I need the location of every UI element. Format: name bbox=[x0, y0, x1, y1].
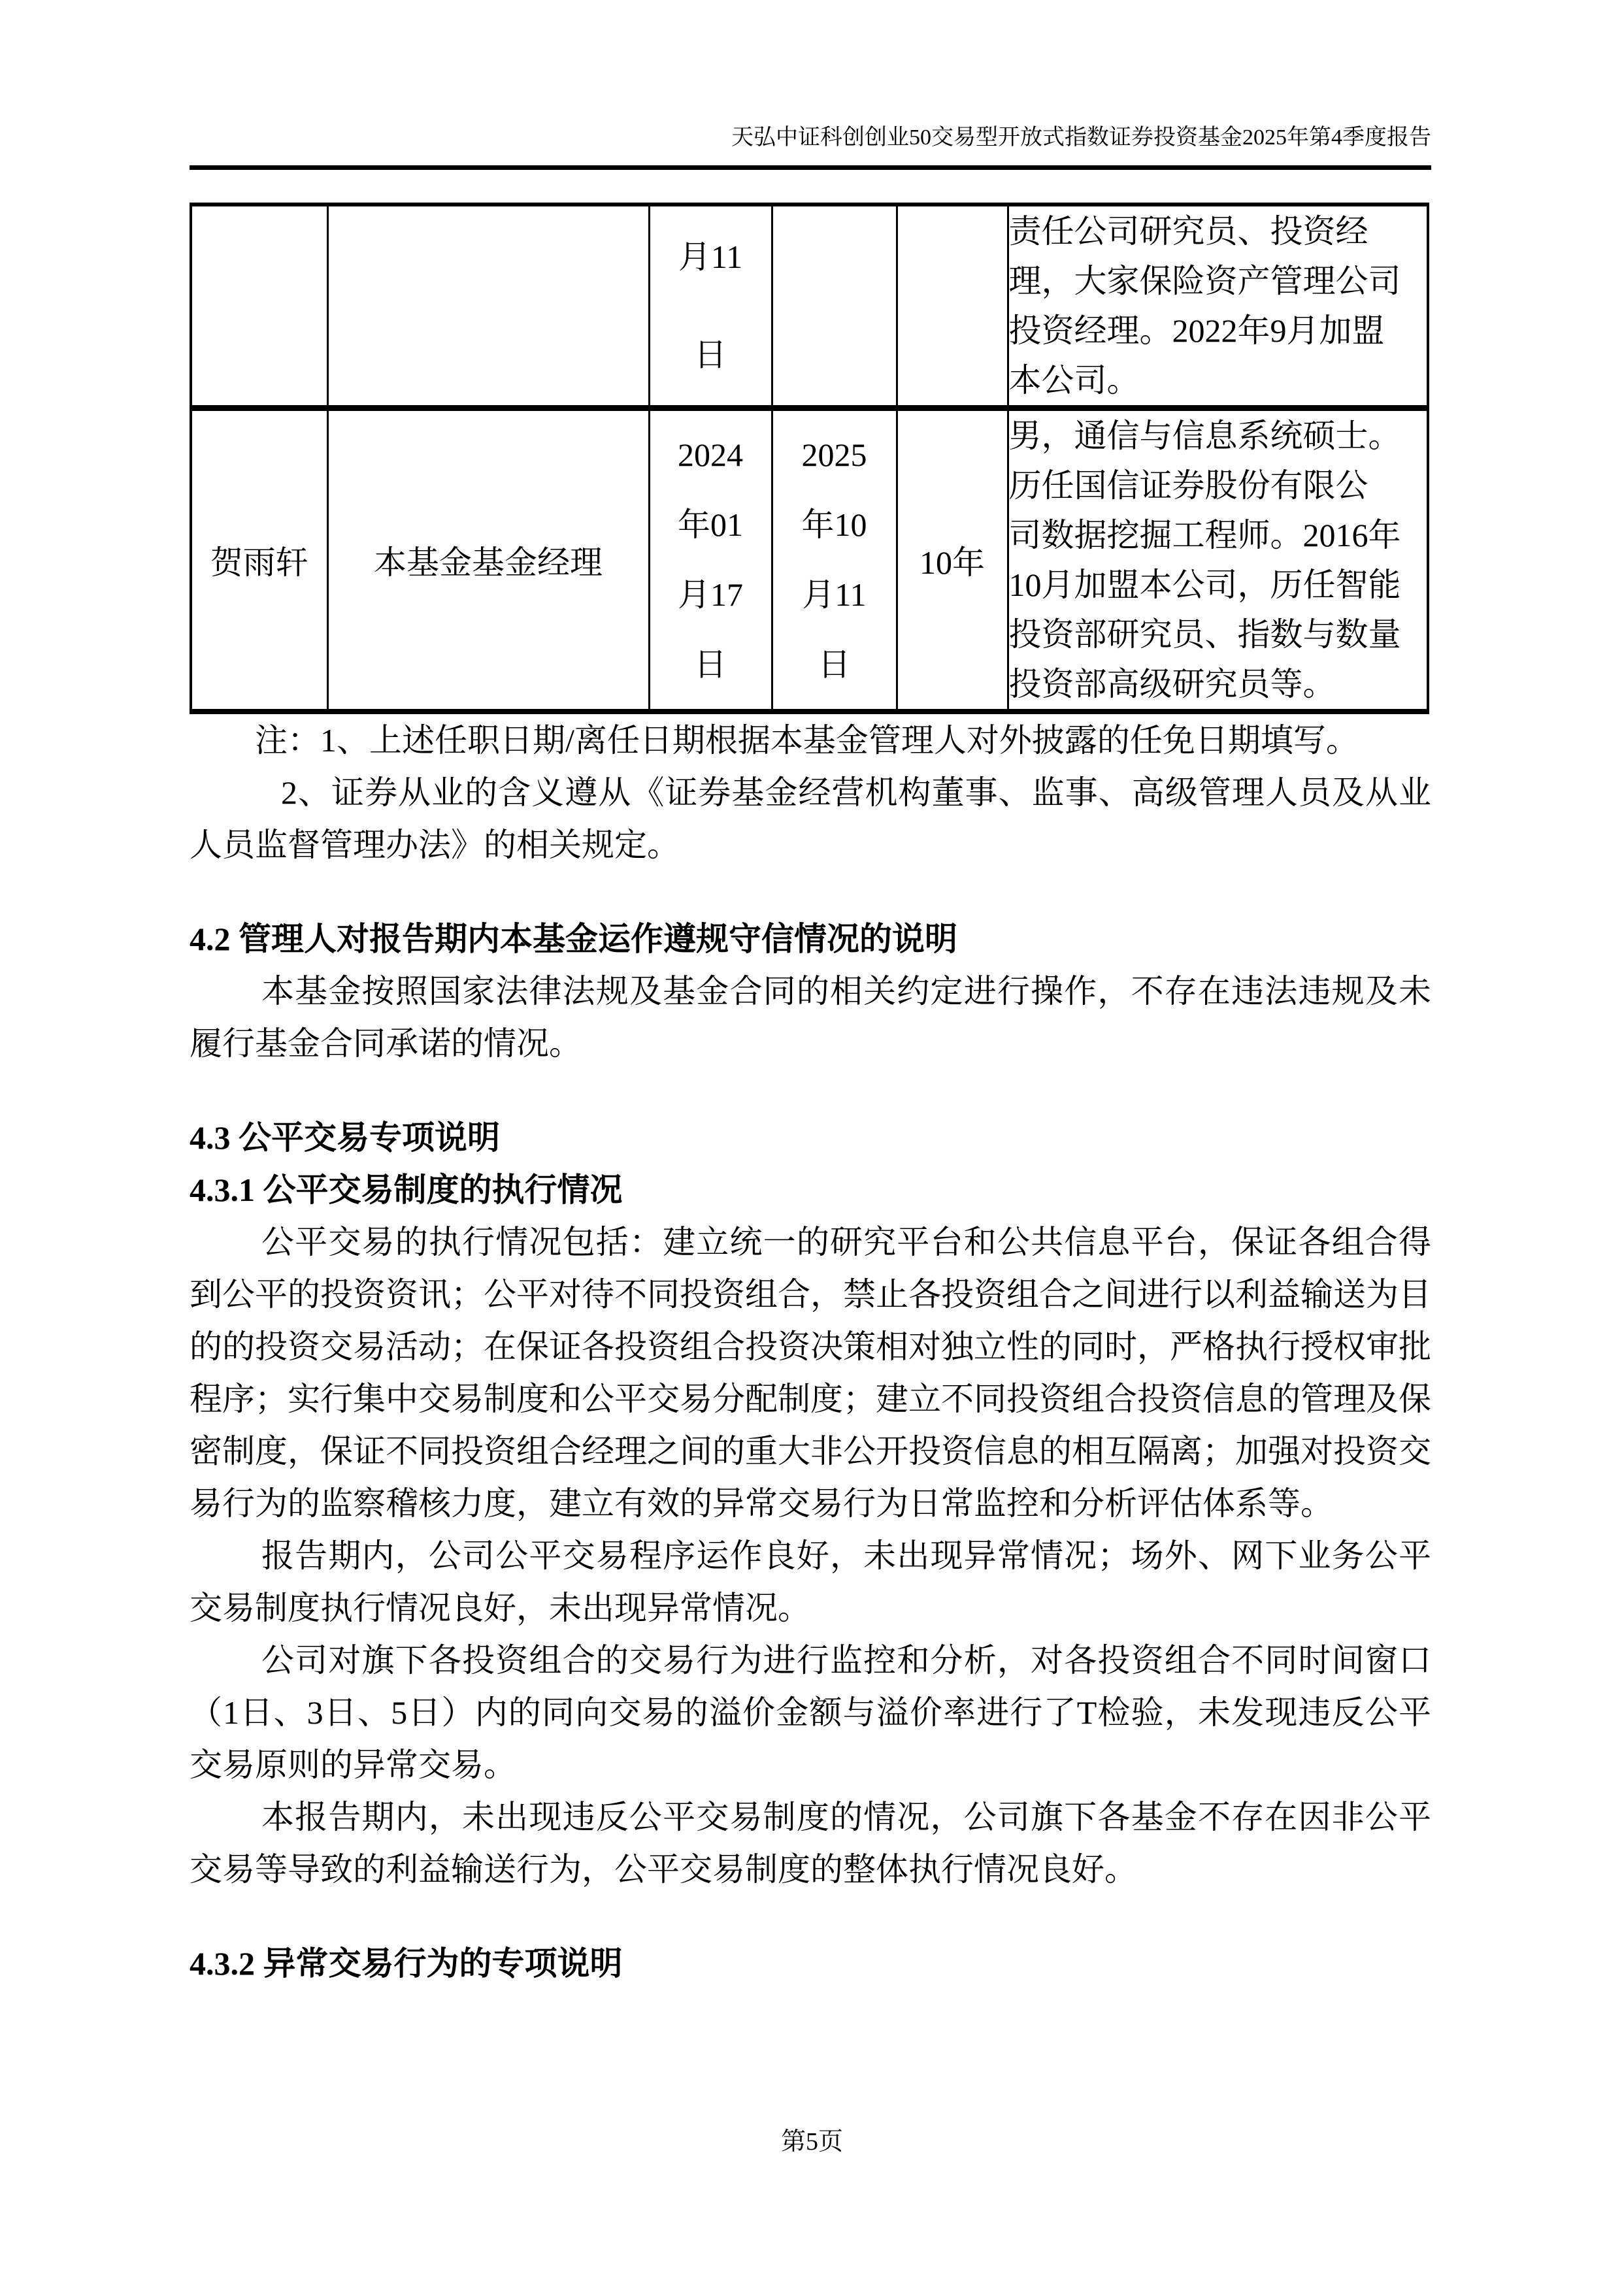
section-4-3-1-paragraph-3: 公司对旗下各投资组合的交易行为进行监控和分析，对各投资组合不同时间窗口（1日、3… bbox=[190, 1634, 1431, 1791]
running-header-title: 天弘中证科创创业50交易型开放式指数证券投资基金2025年第4季度报告 bbox=[731, 125, 1431, 151]
tenure-end-cell: 2025 年10 月11 日 bbox=[772, 408, 897, 712]
table-row-continued: 月11 日 责任公司研究员、投资经 理，大家保险资产管理公司 投资经理。2022… bbox=[191, 205, 1428, 408]
manager-position-cell bbox=[327, 205, 649, 408]
running-header: 天弘中证科创创业50交易型开放式指数证券投资基金2025年第4季度报告 bbox=[190, 0, 1431, 170]
securities-years-cell bbox=[897, 205, 1008, 408]
table-note-2: 2、证券从业的含义遵从《证券基金经营机构董事、监事、高级管理人员及从业人员监督管… bbox=[190, 766, 1431, 871]
table-note-1: 注：1、上述任职日期/离任日期根据本基金管理人对外披露的任免日期填写。 bbox=[190, 714, 1431, 766]
section-4-3-2-heading: 4.3.2 异常交易行为的专项说明 bbox=[190, 1937, 1431, 1990]
section-4-3-1-heading: 4.3.1 公平交易制度的执行情况 bbox=[190, 1164, 1431, 1216]
securities-years-cell: 10年 bbox=[897, 408, 1008, 712]
report-page: 天弘中证科创创业50交易型开放式指数证券投资基金2025年第4季度报告 月11 … bbox=[0, 0, 1624, 2296]
tenure-start-cell: 2024 年01 月17 日 bbox=[649, 408, 772, 712]
section-4-2-heading: 4.2 管理人对报告期内本基金运作遵规守信情况的说明 bbox=[190, 913, 1431, 965]
fund-manager-table: 月11 日 责任公司研究员、投资经 理，大家保险资产管理公司 投资经理。2022… bbox=[190, 203, 1429, 714]
manager-position-cell: 本基金基金经理 bbox=[327, 408, 649, 712]
section-4-3-heading: 4.3 公平交易专项说明 bbox=[190, 1111, 1431, 1164]
manager-name-cell: 贺雨轩 bbox=[191, 408, 327, 712]
section-4-3-1-paragraph-4: 本报告期内，未出现违反公平交易制度的情况，公司旗下各基金不存在因非公平交易等导致… bbox=[190, 1791, 1431, 1895]
section-4-3-1-paragraph-2: 报告期内，公司公平交易程序运作良好，未出现异常情况；场外、网下业务公平交易制度执… bbox=[190, 1530, 1431, 1634]
page-number: 第5页 bbox=[781, 2128, 843, 2156]
tenure-start-cell: 月11 日 bbox=[649, 205, 772, 408]
table-notes: 注：1、上述任职日期/离任日期根据本基金管理人对外披露的任免日期填写。 2、证券… bbox=[190, 714, 1431, 871]
section-4-3-1-paragraph-1: 公平交易的执行情况包括：建立统一的研究平台和公共信息平台，保证各组合得到公平的投… bbox=[190, 1216, 1431, 1530]
manager-name-cell bbox=[191, 205, 327, 408]
tenure-end-cell bbox=[772, 205, 897, 408]
page-footer: 第5页 bbox=[0, 2116, 1624, 2168]
manager-bio-cell: 责任公司研究员、投资经 理，大家保险资产管理公司 投资经理。2022年9月加盟 … bbox=[1008, 205, 1428, 408]
page-content: 天弘中证科创创业50交易型开放式指数证券投资基金2025年第4季度报告 月11 … bbox=[190, 0, 1431, 1990]
manager-bio-cell: 男，通信与信息系统硕士。 历任国信证券股份有限公 司数据挖掘工程师。2016年 … bbox=[1008, 408, 1428, 712]
section-4-2-paragraph: 本基金按照国家法律法规及基金合同的相关约定进行操作，不存在违法违规及未履行基金合… bbox=[190, 965, 1431, 1070]
table-row-manager: 贺雨轩 本基金基金经理 2024 年01 月17 日 2025 年10 月11 … bbox=[191, 408, 1428, 712]
